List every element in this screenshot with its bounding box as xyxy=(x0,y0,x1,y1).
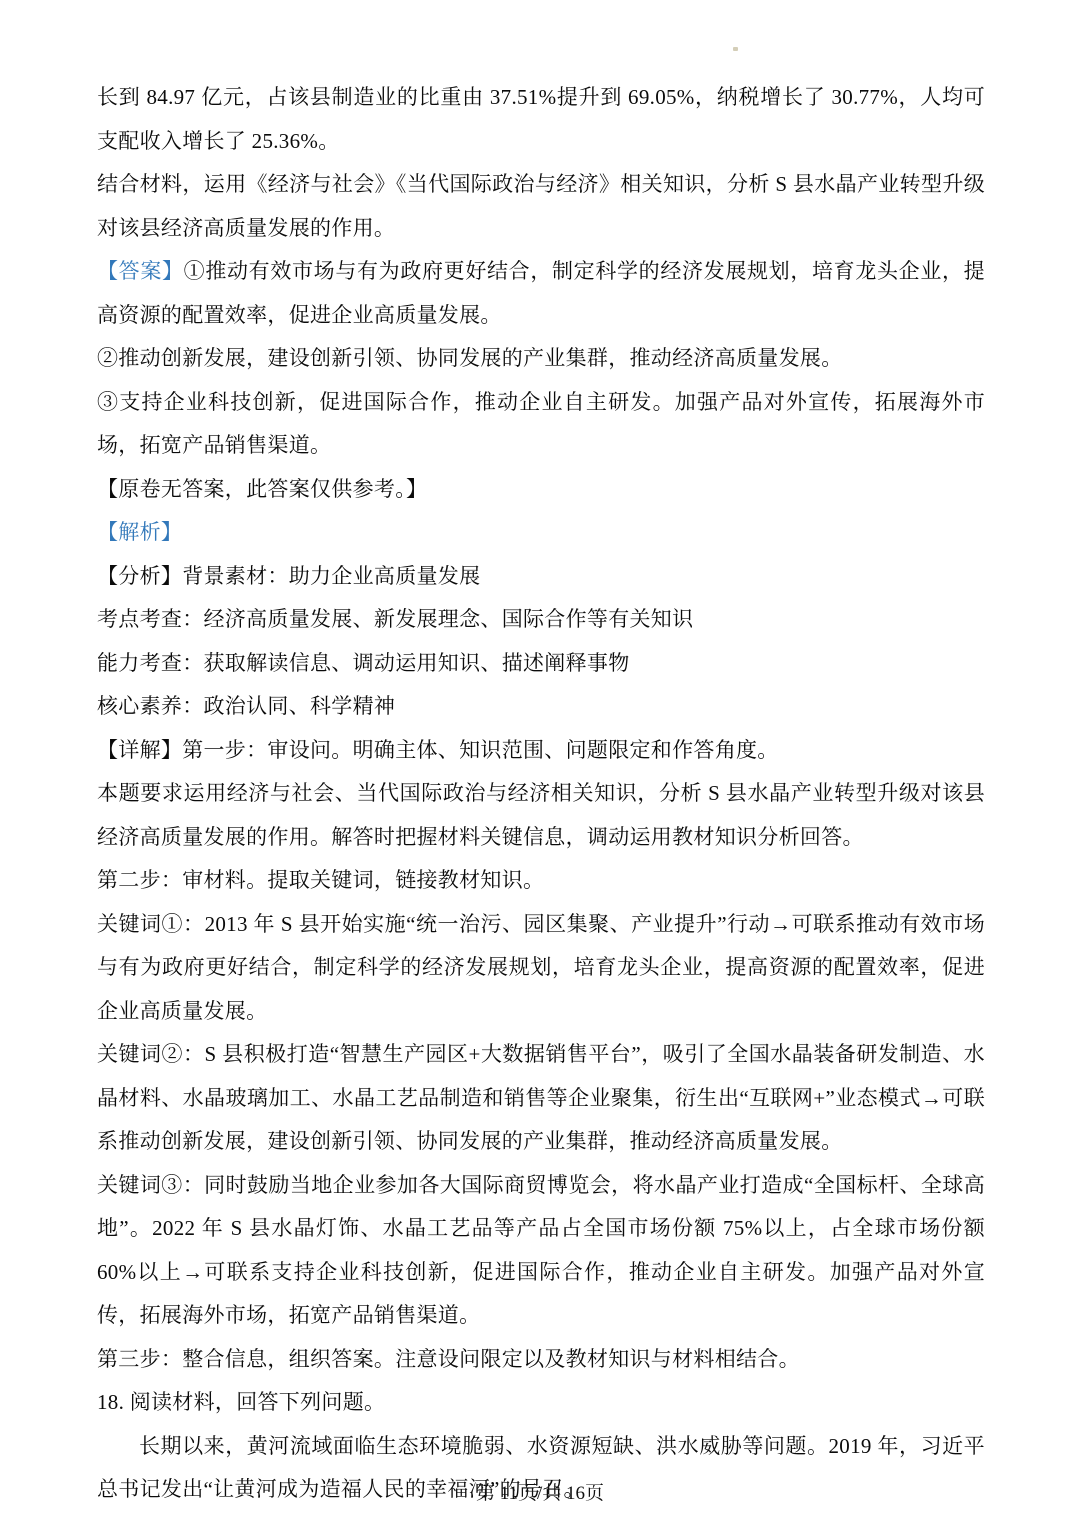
paragraph-text: 第三步：整合信息，组织答案。注意设问限定以及教材知识与材料相结合。 xyxy=(97,1347,800,1371)
paragraph-text: ②推动创新发展，建设创新引领、协同发展的产业集群，推动经济高质量发展。 xyxy=(97,346,843,370)
paragraph-text: 关键词②：S 县积极打造“智慧生产园区+大数据销售平台”，吸引了全国水晶装备研发… xyxy=(97,1042,985,1153)
paragraph-text: 【详解】第一步：审设问。明确主体、知识范围、问题限定和作答角度。 xyxy=(97,738,779,762)
paragraph-keyword3: 关键词③：同时鼓励当地企业参加各大国际商贸博览会，将水晶产业打造成“全国标杆、全… xyxy=(97,1164,985,1338)
paragraph-question-prompt: 结合材料，运用《经济与社会》《当代国际政治与经济》相关知识，分析 S 县水晶产业… xyxy=(97,163,985,250)
paragraph-keyword2: 关键词②：S 县积极打造“智慧生产园区+大数据销售平台”，吸引了全国水晶装备研发… xyxy=(97,1033,985,1164)
document-content: 长到 84.97 亿元，占该县制造业的比重由 37.51%提升到 69.05%，… xyxy=(97,76,985,1512)
paragraph-background-material: 【分析】背景素材：助力企业高质量发展 xyxy=(97,555,985,599)
paragraph-detail-step1: 【详解】第一步：审设问。明确主体、知识范围、问题限定和作答角度。 xyxy=(97,729,985,773)
paragraph-step1-explain: 本题要求运用经济与社会、当代国际政治与经济相关知识，分析 S 县水晶产业转型升级… xyxy=(97,772,985,859)
paragraph-core-literacy: 核心素养：政治认同、科学精神 xyxy=(97,685,985,729)
answer-label: 【答案】 xyxy=(97,259,184,283)
paragraph-question18: 18. 阅读材料，回答下列问题。 xyxy=(97,1381,985,1425)
paragraph-text: 长到 84.97 亿元，占该县制造业的比重由 37.51%提升到 69.05%，… xyxy=(97,85,985,153)
paragraph-text: 关键词①：2013 年 S 县开始实施“统一治污、园区集聚、产业提升”行动→可联… xyxy=(97,912,985,1023)
paragraph-text: 核心素养：政治认同、科学精神 xyxy=(97,694,395,718)
paragraph-analysis-header: 【解析】 xyxy=(97,511,985,555)
paragraph-step2: 第二步：审材料。提取关键词，链接教材知识。 xyxy=(97,859,985,903)
paragraph-answer-note: 【原卷无答案，此答案仅供参考。】 xyxy=(97,468,985,512)
paragraph-text: 【分析】背景素材：助力企业高质量发展 xyxy=(97,564,480,588)
paragraph-text: ①推动有效市场与有为政府更好结合，制定科学的经济发展规划，培育龙头企业，提高资源… xyxy=(97,259,985,327)
paragraph-text: ③支持企业科技创新，促进国际合作，推动企业自主研发。加强产品对外宣传，拓展海外市… xyxy=(97,390,985,458)
paragraph-text: 关键词③：同时鼓励当地企业参加各大国际商贸博览会，将水晶产业打造成“全国标杆、全… xyxy=(97,1173,985,1328)
paragraph-step3: 第三步：整合信息，组织答案。注意设问限定以及教材知识与材料相结合。 xyxy=(97,1338,985,1382)
paragraph-text: 本题要求运用经济与社会、当代国际政治与经济相关知识，分析 S 县水晶产业转型升级… xyxy=(97,781,985,849)
paragraph-text: 【原卷无答案，此答案仅供参考。】 xyxy=(97,477,427,501)
paragraph-text: 第二步：审材料。提取关键词，链接教材知识。 xyxy=(97,868,544,892)
paragraph-text: 考点考查：经济高质量发展、新发展理念、国际合作等有关知识 xyxy=(97,607,693,631)
paragraph-keyword1: 关键词①：2013 年 S 县开始实施“统一治污、园区集聚、产业提升”行动→可联… xyxy=(97,903,985,1034)
page-number-footer: 第 11页/共 16页 xyxy=(0,1478,1080,1505)
analysis-label: 【解析】 xyxy=(97,520,182,544)
page-artifact-dot xyxy=(733,47,738,51)
paragraph-answer-point2: ②推动创新发展，建设创新引领、协同发展的产业集群，推动经济高质量发展。 xyxy=(97,337,985,381)
paragraph-text: 18. 阅读材料，回答下列问题。 xyxy=(97,1390,385,1414)
paragraph-stat-growth: 长到 84.97 亿元，占该县制造业的比重由 37.51%提升到 69.05%，… xyxy=(97,76,985,163)
paragraph-text: 结合材料，运用《经济与社会》《当代国际政治与经济》相关知识，分析 S 县水晶产业… xyxy=(97,172,985,240)
paragraph-answer-point3: ③支持企业科技创新，促进国际合作，推动企业自主研发。加强产品对外宣传，拓展海外市… xyxy=(97,381,985,468)
paragraph-answer: 【答案】①推动有效市场与有为政府更好结合，制定科学的经济发展规划，培育龙头企业，… xyxy=(97,250,985,337)
paragraph-ability-points: 能力考查：获取解读信息、调动运用知识、描述阐释事物 xyxy=(97,642,985,686)
paragraph-exam-points: 考点考查：经济高质量发展、新发展理念、国际合作等有关知识 xyxy=(97,598,985,642)
paragraph-text: 能力考查：获取解读信息、调动运用知识、描述阐释事物 xyxy=(97,651,630,675)
